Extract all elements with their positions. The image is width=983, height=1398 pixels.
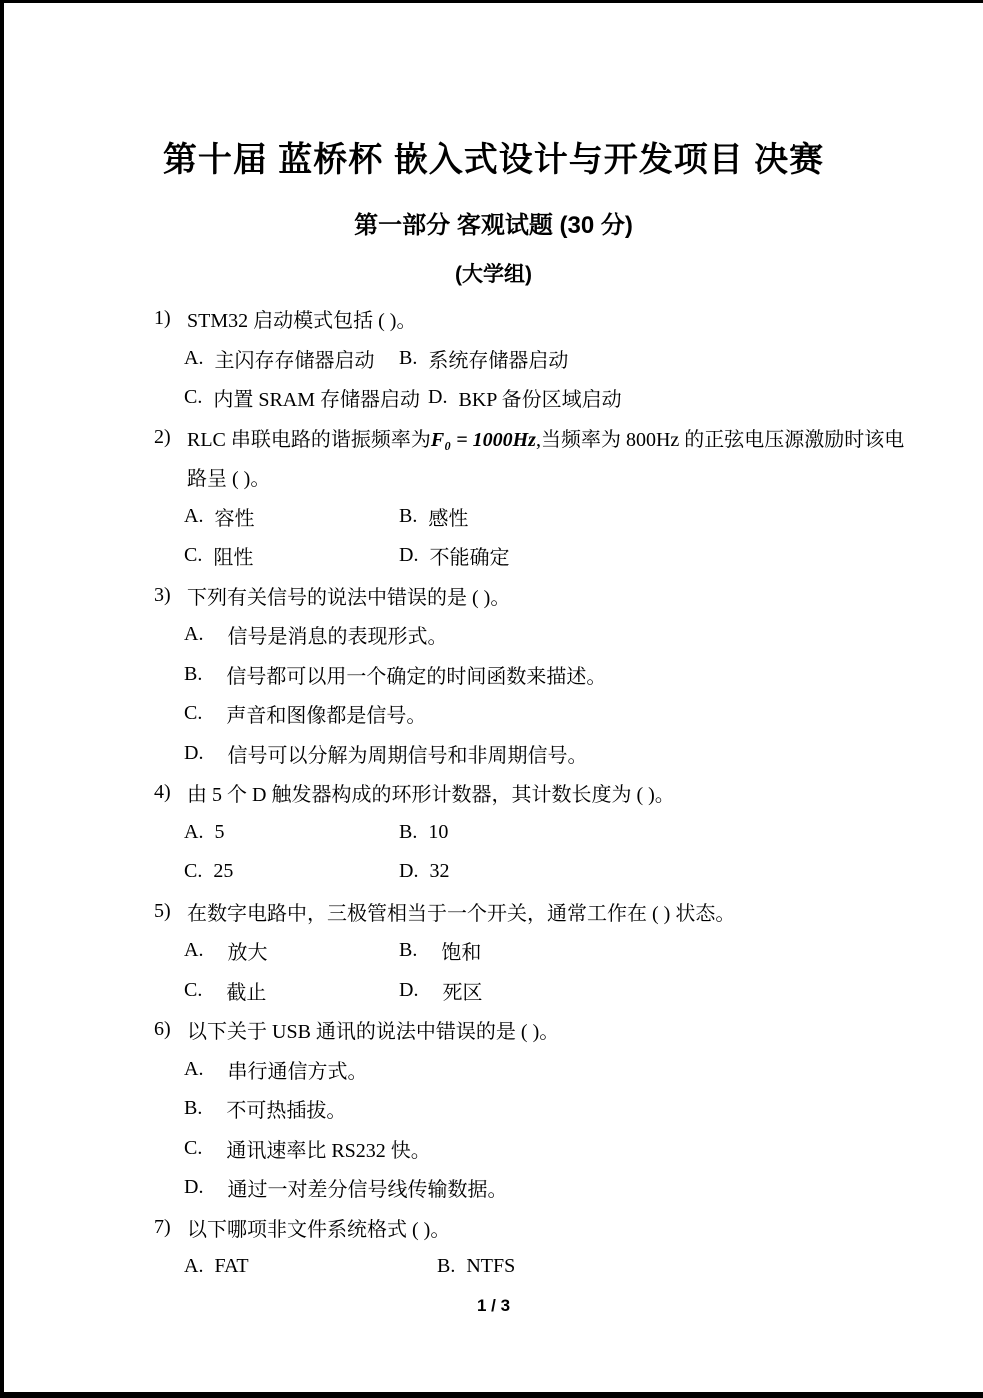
option-text: 主闪存存储器启动 [214, 344, 374, 373]
option-label: A. [184, 1058, 203, 1081]
question-stem: 6)以下关于 USB 通讯的说法中错误的是 ( )。 [4, 1010, 983, 1050]
option-text: 内置 SRAM 存储器启动 [213, 383, 420, 412]
question-number: 6) [154, 1018, 187, 1041]
question-number: 1) [154, 307, 187, 330]
option-text: 通讯速率比 RS232 快。 [226, 1134, 430, 1163]
option-row: C.声音和图像都是信号。 [4, 694, 983, 734]
question-text: 以下哪项非文件系统格式 ( )。 [187, 1213, 450, 1242]
question-stem: 4)由 5 个 D 触发器构成的环形计数器，其计数长度为 ( )。 [4, 773, 983, 813]
option-row: C.通讯速率比 RS232 快。 [4, 1129, 983, 1169]
text-segment: RLC 串联电路的谐振频率为 [187, 429, 431, 451]
option-text: 容性 [214, 502, 254, 531]
option-text: FAT [214, 1255, 248, 1278]
option: A.放大 [184, 936, 399, 965]
option: B.10 [399, 821, 448, 844]
question-stem: 2)RLC 串联电路的谐振频率为F₀ = 1000Hz,当频率为 800Hz 的… [4, 418, 983, 458]
option-row: B.不可热插拔。 [4, 1089, 983, 1129]
option-row: A.放大B.饱和 [4, 931, 983, 971]
option-row: A.容性B.感性 [4, 497, 983, 537]
option-row: A.串行通信方式。 [4, 1050, 983, 1090]
option-label: A. [184, 505, 203, 528]
option-text: 32 [429, 860, 449, 883]
option-row: A.5B.10 [4, 813, 983, 853]
option: A.串行通信方式。 [184, 1055, 367, 1084]
option-text: 5 [214, 821, 224, 844]
option-label: D. [184, 1176, 203, 1199]
option: B.感性 [399, 502, 468, 531]
text-segment: 以下哪项非文件系统格式 ( )。 [187, 1219, 450, 1241]
option-text: 饱和 [441, 936, 481, 965]
option: D.死区 [399, 976, 482, 1005]
option-text: 信号都可以用一个确定的时间函数来描述。 [226, 660, 606, 689]
option-text: 阻性 [213, 541, 253, 570]
option-label: D. [399, 544, 418, 567]
option-text: 串行通信方式。 [227, 1055, 367, 1084]
option-row: B.信号都可以用一个确定的时间函数来描述。 [4, 655, 983, 695]
option-text: 不可热插拔。 [226, 1094, 346, 1123]
option-label: D. [399, 860, 418, 883]
option: B.饱和 [399, 936, 481, 965]
question-stem: 7)以下哪项非文件系统格式 ( )。 [4, 1208, 983, 1248]
option-text: 系统存储器启动 [428, 344, 568, 373]
math-formula: F₀ = 1000Hz [431, 429, 536, 451]
option-label: B. [399, 347, 417, 370]
option-text: 通过一对差分信号线传输数据。 [227, 1173, 507, 1202]
option: D.BKP 备份区域启动 [428, 383, 622, 412]
question-list: 1)STM32 启动模式包括 ( )。A.主闪存存储器启动B.系统存储器启动C.… [4, 299, 983, 1287]
option-label: B. [184, 663, 202, 686]
option-label: D. [399, 979, 418, 1002]
option-label: C. [184, 702, 202, 725]
question-stem-continued: 路呈 ( )。 [4, 457, 983, 497]
option-text: 死区 [442, 976, 482, 1005]
question-number: 3) [154, 584, 187, 607]
option: A.容性 [184, 502, 399, 531]
question-text: 路呈 ( )。 [187, 462, 270, 491]
question-number: 2) [154, 426, 187, 449]
question-stem: 5)在数字电路中，三极管相当于一个开关，通常工作在 ( ) 状态。 [4, 892, 983, 932]
question-number: 7) [154, 1216, 187, 1239]
option-row: A.FATB.NTFS [4, 1247, 983, 1287]
section-heading: 第一部分 客观试题 (30 分) [4, 212, 983, 241]
option-label: B. [399, 939, 417, 962]
option: C.声音和图像都是信号。 [184, 699, 426, 728]
option-label: C. [184, 544, 202, 567]
option-text: BKP 备份区域启动 [459, 383, 622, 412]
option: C.内置 SRAM 存储器启动 [184, 383, 428, 412]
option-row: C.内置 SRAM 存储器启动D.BKP 备份区域启动 [4, 378, 983, 418]
option-label: C. [184, 979, 202, 1002]
option-row: D.信号可以分解为周期信号和非周期信号。 [4, 734, 983, 774]
option: A.信号是消息的表现形式。 [184, 620, 447, 649]
option-text: 截止 [226, 976, 266, 1005]
option-label: C. [184, 860, 202, 883]
option-label: C. [184, 386, 202, 409]
text-segment: ,当频率为 800Hz 的正弦电压源激励时该电 [536, 429, 904, 451]
option-label: A. [184, 1255, 203, 1278]
option-text: 10 [428, 821, 448, 844]
option-row: C.截止D.死区 [4, 971, 983, 1011]
option: A.FAT [184, 1255, 437, 1278]
option: B.不可热插拔。 [184, 1094, 346, 1123]
text-segment: 由 5 个 D 触发器构成的环形计数器，其计数长度为 ( )。 [187, 784, 675, 806]
option: D.通过一对差分信号线传输数据。 [184, 1173, 507, 1202]
option-label: D. [184, 742, 203, 765]
question-stem: 3)下列有关信号的说法中错误的是 ( )。 [4, 576, 983, 616]
option-row: D.通过一对差分信号线传输数据。 [4, 1168, 983, 1208]
option-label: B. [437, 1255, 455, 1278]
question-number: 4) [154, 781, 187, 804]
option-row: A.主闪存存储器启动B.系统存储器启动 [4, 339, 983, 379]
text-segment: 路呈 ( )。 [187, 468, 270, 490]
option-label: C. [184, 1137, 202, 1160]
option-label: A. [184, 623, 203, 646]
option-text: 25 [213, 860, 233, 883]
option: A.5 [184, 821, 399, 844]
option-text: 信号是消息的表现形式。 [227, 620, 447, 649]
option-label: D. [428, 386, 447, 409]
option-label: B. [399, 821, 417, 844]
question-text: 以下关于 USB 通讯的说法中错误的是 ( )。 [187, 1015, 559, 1044]
question-stem: 1)STM32 启动模式包括 ( )。 [4, 299, 983, 339]
question-text: 由 5 个 D 触发器构成的环形计数器，其计数长度为 ( )。 [187, 778, 675, 807]
question-number: 5) [154, 900, 187, 923]
option: A.主闪存存储器启动 [184, 344, 399, 373]
option: D.32 [399, 860, 449, 883]
question-text: STM32 启动模式包括 ( )。 [187, 304, 416, 333]
option: D.不能确定 [399, 541, 509, 570]
option-label: B. [399, 505, 417, 528]
option-label: A. [184, 821, 203, 844]
option: C.25 [184, 860, 399, 883]
option: C.阻性 [184, 541, 399, 570]
option-row: C.阻性D.不能确定 [4, 536, 983, 576]
question-text: 下列有关信号的说法中错误的是 ( )。 [187, 581, 510, 610]
option: D.信号可以分解为周期信号和非周期信号。 [184, 739, 587, 768]
option-label: B. [184, 1097, 202, 1120]
option: C.截止 [184, 976, 399, 1005]
option-label: A. [184, 347, 203, 370]
option: C.通讯速率比 RS232 快。 [184, 1134, 431, 1163]
document-page: 第十届 蓝桥杯 嵌入式设计与开发项目 决赛 第一部分 客观试题 (30 分) (… [0, 0, 983, 1398]
option-text: 信号可以分解为周期信号和非周期信号。 [227, 739, 587, 768]
text-segment: STM32 启动模式包括 ( )。 [187, 310, 416, 332]
option: B.系统存储器启动 [399, 344, 568, 373]
group-heading: (大学组) [4, 262, 983, 287]
text-segment: 在数字电路中，三极管相当于一个开关，通常工作在 ( ) 状态。 [187, 903, 735, 925]
option-label: A. [184, 939, 203, 962]
option-text: 声音和图像都是信号。 [226, 699, 426, 728]
option-row: A.信号是消息的表现形式。 [4, 615, 983, 655]
option: B.信号都可以用一个确定的时间函数来描述。 [184, 660, 606, 689]
option-text: 放大 [227, 936, 267, 965]
option-text: 不能确定 [429, 541, 509, 570]
page-number: 1 / 3 [4, 1296, 983, 1316]
option-row: C.25D.32 [4, 852, 983, 892]
option: B.NTFS [437, 1255, 515, 1278]
option-text: 感性 [428, 502, 468, 531]
option-text: NTFS [466, 1255, 515, 1278]
document-title: 第十届 蓝桥杯 嵌入式设计与开发项目 决赛 [4, 142, 983, 179]
question-text: 在数字电路中，三极管相当于一个开关，通常工作在 ( ) 状态。 [187, 897, 735, 926]
text-segment: 以下关于 USB 通讯的说法中错误的是 ( )。 [187, 1021, 559, 1043]
question-text: RLC 串联电路的谐振频率为F₀ = 1000Hz,当频率为 800Hz 的正弦… [187, 423, 904, 452]
text-segment: 下列有关信号的说法中错误的是 ( )。 [187, 587, 510, 609]
